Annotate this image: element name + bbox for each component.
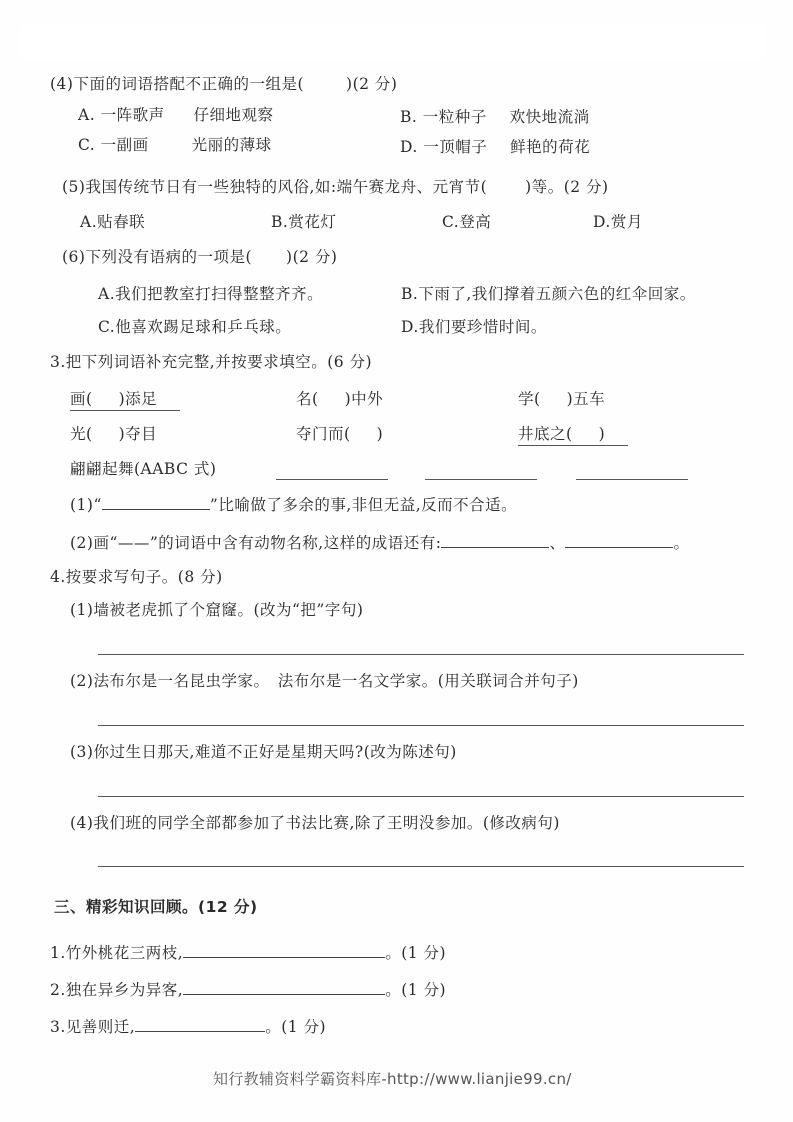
question-4-item-1: (1)墙被老虎抓了个窟窿。(改为“把”字句) <box>70 600 363 620</box>
recall-item-3: 3.见善则迁,。(1 分) <box>50 1017 326 1037</box>
option-label: A. <box>80 213 97 231</box>
footer-watermark: 知行教辅资料学霸资料库-http://www.lianjie99.cn/ <box>213 1068 572 1089</box>
idiom-suffix: )夺目 <box>119 425 158 443</box>
option-c[interactable]: C.登高 <box>442 212 491 232</box>
answer-line-4-4[interactable] <box>98 866 744 867</box>
option-b[interactable]: B. 一粒种子 欢快地流淌 <box>400 107 590 127</box>
option-a[interactable]: A.贴春联 <box>80 212 145 232</box>
sub1-answer-blank[interactable] <box>102 495 210 510</box>
idiom-blank-3[interactable]: 学()五车 <box>518 389 605 409</box>
question-3-title: 3.把下列词语补充完整,并按要求填空。(6 分) <box>50 352 372 372</box>
option-label: D. <box>401 318 419 336</box>
idiom-blank-1[interactable]: 画()添足 <box>70 389 180 411</box>
option-label: B. <box>401 285 418 303</box>
idiom-blank-6[interactable]: 井底之() <box>518 424 628 446</box>
question-4-item-4: (4)我们班的同学全部都参加了书法比赛,除了王明没参加。(修改病句) <box>70 813 560 833</box>
stem-text: (5)我国传统节日有一些独特的风俗,如:端午赛龙舟、元宵节( <box>62 178 487 196</box>
recall-item-1: 1.竹外桃花三两枝,。(1 分) <box>50 943 446 963</box>
sub2-text: (2)画“——”的词语中含有动物名称,这样的成语还有: <box>70 534 441 552</box>
option-d[interactable]: D. 一顶帽子 鲜艳的荷花 <box>400 137 590 157</box>
option-label: C. <box>98 318 115 336</box>
worksheet-page: (4)下面的词语搭配不正确的一组是()(2 分) A. 一阵歌声 仔细地观察 B… <box>0 0 793 1122</box>
aabc-answer-line-1[interactable] <box>276 479 388 480</box>
stem-text: (6)下列没有语病的一项是( <box>62 248 252 266</box>
option-c[interactable]: C. 一副画 光丽的薄球 <box>78 135 272 155</box>
option-label: D. <box>593 213 611 231</box>
option-word2: 光丽的薄球 <box>192 136 272 154</box>
stem-score: )(2 分) <box>286 248 337 266</box>
answer-line-4-2[interactable] <box>98 725 744 726</box>
option-label: C. <box>78 136 95 154</box>
option-text: 登高 <box>459 213 491 231</box>
option-word1: 一顶帽子 <box>423 138 487 156</box>
option-label: A. <box>78 106 95 124</box>
sub2-answer-blank-1[interactable] <box>441 533 549 548</box>
option-word2: 仔细地观察 <box>193 106 273 124</box>
option-word1: 一副画 <box>101 136 149 154</box>
option-label: B. <box>271 213 288 231</box>
option-text: 我们要珍惜时间。 <box>419 318 547 336</box>
recall-prefix: 2.独在异乡为异客, <box>50 981 183 999</box>
stem-score: )(2 分) <box>346 75 397 93</box>
answer-line-4-3[interactable] <box>98 796 744 797</box>
option-d[interactable]: D.我们要珍惜时间。 <box>401 317 547 337</box>
recall-suffix: 。(1 分) <box>265 1018 326 1036</box>
recall-prefix: 1.竹外桃花三两枝, <box>50 944 183 962</box>
option-label: A. <box>98 285 115 303</box>
page-header-band <box>20 25 765 60</box>
option-text: 他喜欢踢足球和乒乓球。 <box>115 318 291 336</box>
idiom-suffix: )中外 <box>345 390 384 408</box>
question-4-title: 4.按要求写句子。(8 分) <box>50 567 223 587</box>
option-a[interactable]: A. 一阵歌声 仔细地观察 <box>78 105 273 125</box>
recall-answer-blank-1[interactable] <box>183 943 385 958</box>
recall-prefix: 3.见善则迁, <box>50 1018 135 1036</box>
question-3-sub1: (1)“”比喻做了多余的事,非但无益,反而不合适。 <box>70 495 517 515</box>
idiom-blank-5[interactable]: 夺门而() <box>296 424 383 444</box>
recall-answer-blank-2[interactable] <box>183 980 385 995</box>
aabc-answer-line-3[interactable] <box>576 479 688 480</box>
sub1-suffix: ”比喻做了多余的事,非但无益,反而不合适。 <box>210 496 517 514</box>
idiom-prefix: 名( <box>296 390 319 408</box>
question-2-5-stem: (5)我国传统节日有一些独特的风俗,如:端午赛龙舟、元宵节()等。(2 分) <box>62 177 609 197</box>
idiom-prefix: 夺门而( <box>296 425 351 443</box>
option-label: D. <box>400 138 418 156</box>
idiom-blank-2[interactable]: 名()中外 <box>296 389 383 409</box>
question-2-4-stem: (4)下面的词语搭配不正确的一组是()(2 分) <box>50 74 397 94</box>
question-4-item-2: (2)法布尔是一名昆虫学家。 法布尔是一名文学家。(用关联词合并句子) <box>70 671 579 691</box>
aabc-prompt: 翩翩起舞(AABC 式) <box>70 459 216 479</box>
recall-suffix: 。(1 分) <box>385 944 446 962</box>
idiom-suffix: )五车 <box>567 390 606 408</box>
option-b[interactable]: B.赏花灯 <box>271 212 336 232</box>
option-text: 赏花灯 <box>288 213 336 231</box>
question-3-sub2: (2)画“——”的词语中含有动物名称,这样的成语还有:、。 <box>70 533 690 553</box>
option-text: 我们把教室打扫得整整齐齐。 <box>115 285 323 303</box>
option-c[interactable]: C.他喜欢踢足球和乒乓球。 <box>98 317 291 337</box>
recall-answer-blank-3[interactable] <box>135 1017 265 1032</box>
idiom-prefix: 光( <box>70 425 93 443</box>
stem-score: )等。(2 分) <box>525 178 608 196</box>
idiom-suffix: )添足 <box>119 390 158 408</box>
section-3-title: 三、精彩知识回顾。(12 分) <box>54 897 258 917</box>
aabc-answer-line-2[interactable] <box>425 479 537 480</box>
option-b[interactable]: B.下雨了,我们撑着五颜六色的红伞回家。 <box>401 284 696 304</box>
option-d[interactable]: D.赏月 <box>593 212 643 232</box>
sub2-end: 。 <box>673 534 689 552</box>
idiom-suffix: ) <box>599 425 606 443</box>
option-label: C. <box>442 213 459 231</box>
recall-item-2: 2.独在异乡为异客,。(1 分) <box>50 980 446 1000</box>
sub2-answer-blank-2[interactable] <box>565 533 673 548</box>
idiom-prefix: 井底之( <box>518 425 573 443</box>
option-label: B. <box>400 108 417 126</box>
question-2-6-stem: (6)下列没有语病的一项是()(2 分) <box>62 247 337 267</box>
sub2-separator: 、 <box>549 534 565 552</box>
recall-suffix: 。(1 分) <box>385 981 446 999</box>
idiom-prefix: 画( <box>70 390 93 408</box>
option-word2: 鲜艳的荷花 <box>510 138 590 156</box>
option-word1: 一粒种子 <box>423 108 487 126</box>
option-text: 下雨了,我们撑着五颜六色的红伞回家。 <box>418 285 695 303</box>
stem-text: (4)下面的词语搭配不正确的一组是( <box>50 75 304 93</box>
option-word2: 欢快地流淌 <box>510 108 590 126</box>
option-text: 赏月 <box>611 213 643 231</box>
answer-line-4-1[interactable] <box>98 654 744 655</box>
option-word1: 一阵歌声 <box>101 106 165 124</box>
option-text: 贴春联 <box>97 213 145 231</box>
option-a[interactable]: A.我们把教室打扫得整整齐齐。 <box>98 284 323 304</box>
sub1-prefix: (1)“ <box>70 496 102 514</box>
idiom-blank-4[interactable]: 光()夺目 <box>70 424 157 444</box>
question-4-item-3: (3)你过生日那天,难道不正好是星期天吗?(改为陈述句) <box>70 742 457 762</box>
idiom-suffix: ) <box>377 425 384 443</box>
idiom-prefix: 学( <box>518 390 541 408</box>
